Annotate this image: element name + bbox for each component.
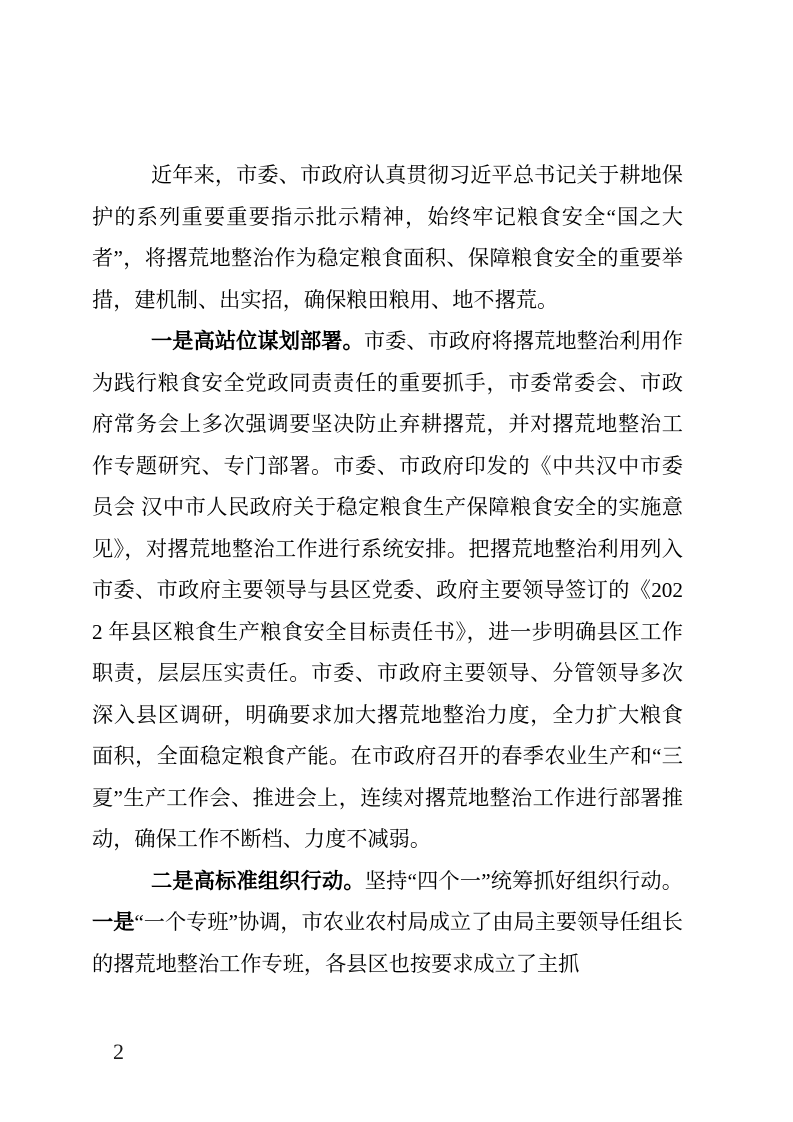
text-segment: “一个专班”协调，市农业农村局成立了由局主要领导任组长的撂荒地整治工作专班，各县… (92, 910, 683, 976)
paragraph-point-one-planning: 一是高站位谋划部署。市委、市政府将撂荒地整治利用作为践行粮食安全党政同责责任的重… (92, 321, 683, 861)
document-page: 近年来，市委、市政府认真贯彻习近平总书记关于耕地保护的系列重要重要指示批示精神，… (0, 0, 793, 1122)
text-segment: 坚持“四个一”统筹抓好组织行动。 (365, 869, 683, 893)
paragraph-point-two-organization: 二是高标准组织行动。坚持“四个一”统筹抓好组织行动。一是“一个专班”协调，市农业… (92, 861, 683, 986)
document-body: 近年来，市委、市政府认真贯彻习近平总书记关于耕地保护的系列重要重要指示批示精神，… (92, 155, 683, 985)
paragraph-intro: 近年来，市委、市政府认真贯彻习近平总书记关于耕地保护的系列重要重要指示批示精神，… (92, 155, 683, 321)
page-number: 2 (113, 1040, 124, 1064)
bold-text-segment: 一是 (92, 910, 134, 934)
bold-text-segment: 一是高站位谋划部署。 (151, 329, 364, 353)
bold-text-segment: 二是高标准组织行动。 (151, 869, 365, 893)
text-segment: 市委、市政府将撂荒地整治利用作为践行粮食安全党政同责责任的重要抓手，市委常委会、… (92, 329, 683, 851)
text-segment: 近年来，市委、市政府认真贯彻习近平总书记关于耕地保护的系列重要重要指示批示精神，… (92, 163, 683, 312)
